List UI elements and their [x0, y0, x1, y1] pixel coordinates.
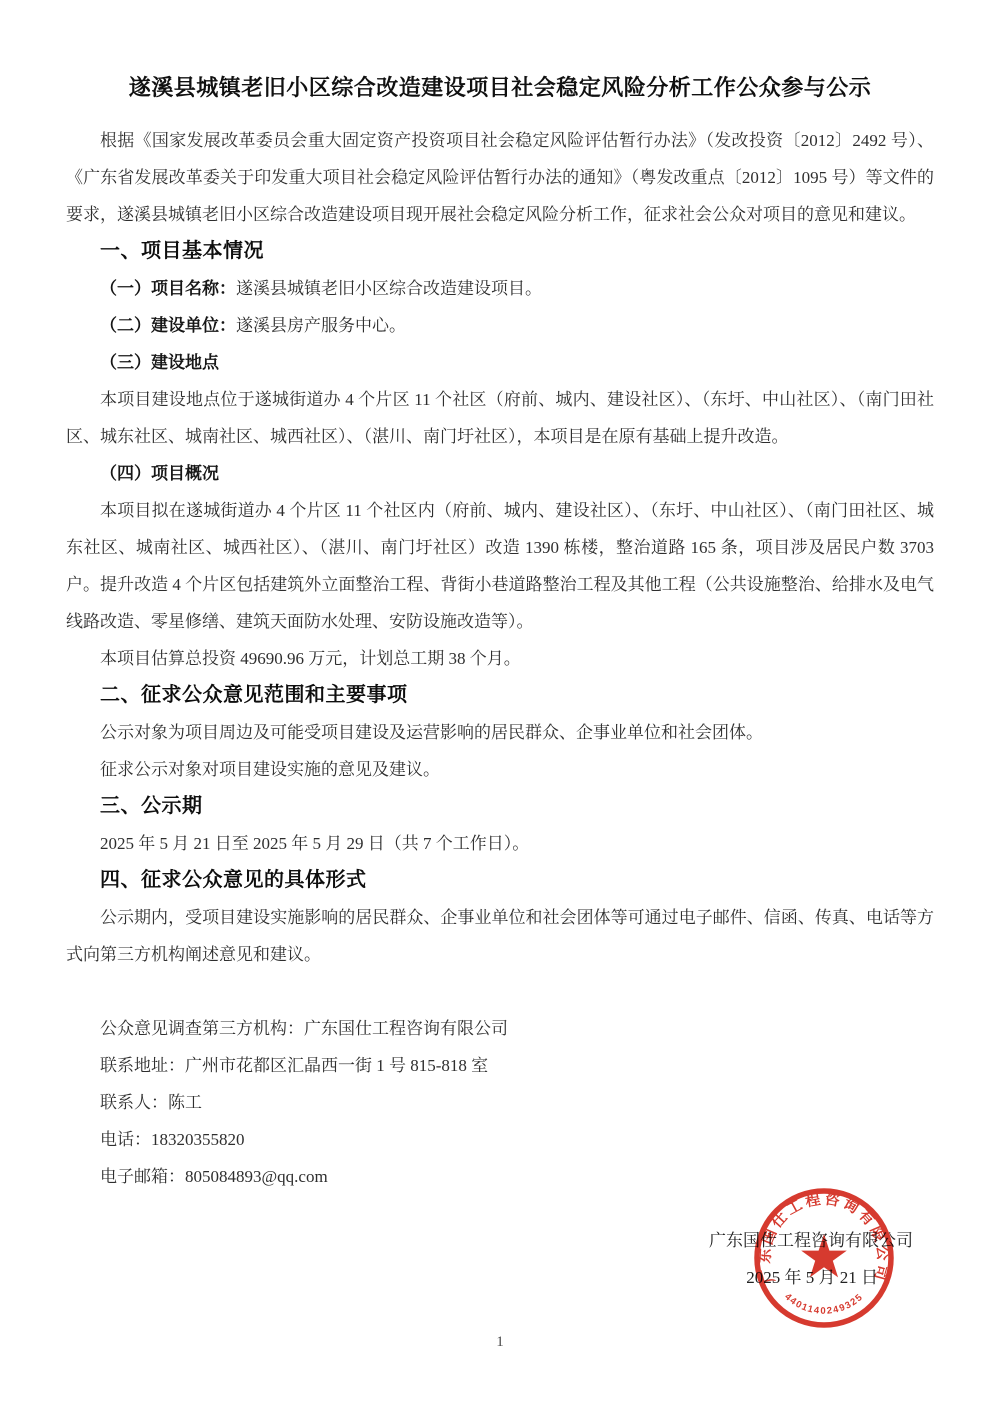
construction-unit-item: （二）建设单位：遂溪县房产服务中心。	[66, 307, 934, 344]
document-title: 遂溪县城镇老旧小区综合改造建设项目社会稳定风险分析工作公众参与公示	[66, 73, 934, 103]
project-overview-item: （四）项目概况	[66, 455, 934, 492]
section2-paragraph-2: 征求公示对象对项目建设实施的意见及建议。	[66, 751, 934, 788]
contact-agency-line: 公众意见调查第三方机构：广东国仕工程咨询有限公司	[66, 1010, 934, 1047]
section2-heading: 二、征求公众意见范围和主要事项	[66, 677, 934, 714]
signature-company: 广东国仕工程咨询有限公司	[66, 1222, 934, 1259]
location-paragraph: 本项目建设地点位于遂城街道办 4 个片区 11 个社区（府前、城内、建设社区）、…	[66, 381, 934, 455]
document-page: 遂溪县城镇老旧小区综合改造建设项目社会稳定风险分析工作公众参与公示 根据《国家发…	[0, 0, 1000, 1413]
signature-block: 广东国仕工程咨询有限公司 2025 年 5 月 21 日	[66, 1222, 934, 1296]
project-overview-label: （四）项目概况	[100, 464, 219, 483]
investment-paragraph: 本项目估算总投资 49690.96 万元，计划总工期 38 个月。	[66, 640, 934, 677]
signature-date: 2025 年 5 月 21 日	[66, 1259, 934, 1296]
section4-heading: 四、征求公众意见的具体形式	[66, 862, 934, 899]
intro-paragraph: 根据《国家发展改革委员会重大固定资产投资项目社会稳定风险评估暂行办法》（发改投资…	[66, 122, 934, 233]
overview-paragraph: 本项目拟在遂城街道办 4 个片区 11 个社区内（府前、城内、建设社区）、（东圩…	[66, 492, 934, 640]
contact-address-line: 联系地址：广州市花都区汇晶西一街 1 号 815-818 室	[66, 1047, 934, 1084]
section1-heading: 一、项目基本情况	[66, 233, 934, 270]
construction-site-item: （三）建设地点	[66, 344, 934, 381]
contact-block: 公众意见调查第三方机构：广东国仕工程咨询有限公司 联系地址：广州市花都区汇晶西一…	[66, 1010, 934, 1195]
contact-phone-line: 电话：18320355820	[66, 1121, 934, 1158]
page-number: 1	[0, 1332, 1000, 1352]
section4-paragraph: 公示期内，受项目建设实施影响的居民群众、企事业单位和社会团体等可通过电子邮件、信…	[66, 899, 934, 973]
section2-paragraph-1: 公示对象为项目周边及可能受项目建设及运营影响的居民群众、企事业单位和社会团体。	[66, 714, 934, 751]
contact-email-line: 电子邮箱：805084893@qq.com	[66, 1158, 934, 1195]
contact-person-line: 联系人：陈工	[66, 1084, 934, 1121]
construction-unit-label: （二）建设单位：	[100, 316, 236, 335]
section3-heading: 三、公示期	[66, 788, 934, 825]
project-name-item: （一）项目名称：遂溪县城镇老旧小区综合改造建设项目。	[66, 270, 934, 307]
publicity-period-paragraph: 2025 年 5 月 21 日至 2025 年 5 月 29 日（共 7 个工作…	[66, 825, 934, 862]
construction-site-label: （三）建设地点	[100, 353, 219, 372]
construction-unit-value: 遂溪县房产服务中心。	[236, 316, 406, 335]
project-name-label: （一）项目名称：	[100, 279, 236, 298]
project-name-value: 遂溪县城镇老旧小区综合改造建设项目。	[236, 279, 542, 298]
